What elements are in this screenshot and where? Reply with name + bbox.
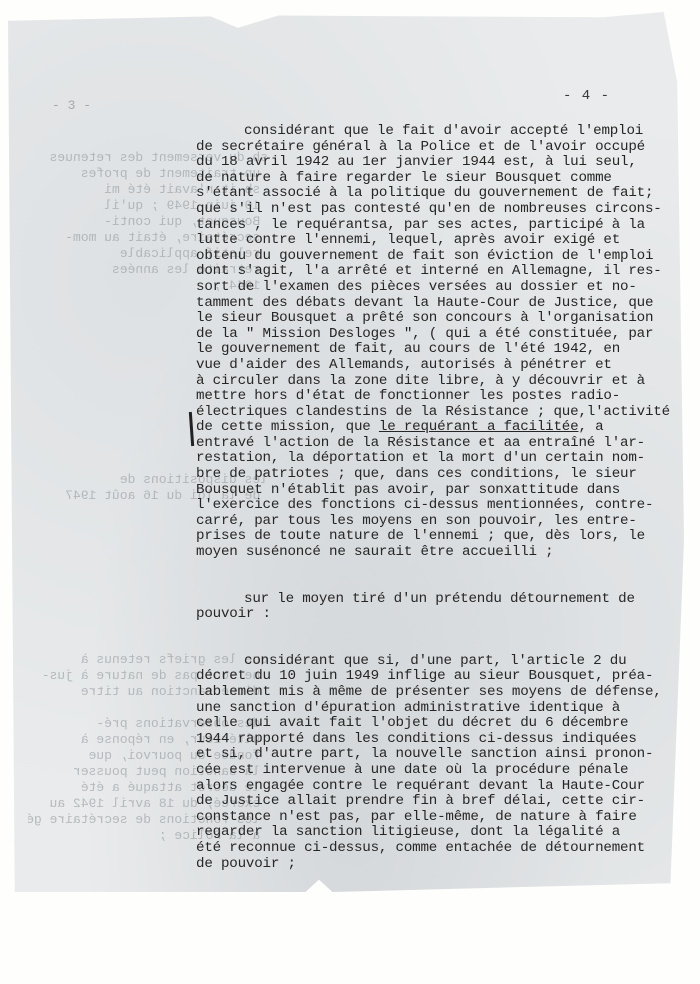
text-line: le gouvernement de fait, au cours de l'é… — [196, 342, 696, 358]
text-line: que s'il n'est pas contesté qu'en de nom… — [196, 202, 696, 218]
text-line: été reconnue ci-dessus, comme entachée d… — [196, 841, 696, 857]
text-line: pouvoir : — [196, 607, 696, 623]
text-line: de Justice allait prendre fin à bref dél… — [196, 794, 696, 810]
text-line: l'exercice des fonctions ci-dessus menti… — [196, 498, 696, 514]
underlined-phrase: le requérant a facilitée — [379, 419, 579, 435]
text-line: cée est intervenue à une date où la proc… — [196, 763, 696, 779]
text-line: considérant que si, d'une part, l'articl… — [196, 654, 696, 670]
text-line: du 18 avril 1942 au 1er janvier 1944 est… — [196, 155, 696, 171]
page-number: - 4 - — [563, 88, 610, 104]
text-line: 1944 rapporté dans les conditions ci-des… — [196, 732, 696, 748]
text-line: de secrétaire général à la Police et de … — [196, 140, 696, 156]
text-line: une sanction d'épuration administrative … — [196, 701, 696, 717]
text-line: restation, la déportation et la mort d'u… — [196, 451, 696, 467]
text-line: de la " Mission Desloges ", ( qui a été … — [196, 327, 696, 343]
text-line: électriques clandestins de la Résistance… — [196, 405, 696, 421]
text-line: alors engagée contre le requérant devant… — [196, 779, 696, 795]
text-line: dont s'agit, l'a arrêté et interné en Al… — [196, 264, 696, 280]
text-line: vue d'aider des Allemands, autorisés à p… — [196, 358, 696, 374]
text-line: regarder la sanction litigieuse, dont la… — [196, 825, 696, 841]
text-line: à circuler dans la zone dite libre, à y … — [196, 374, 696, 390]
paragraph-considerant-1: considérant que le fait d'avoir accepté … — [196, 124, 696, 561]
text-line: constance n'est pas, par elle-même, de n… — [196, 810, 696, 826]
text-line: tamment des débats devant la Haute-Cour … — [196, 296, 696, 312]
text-line: carré, par tous les moyens en son pouvoi… — [196, 514, 696, 530]
text-line: entravé l'action de la Résistance et aa … — [196, 436, 696, 452]
text-line: lablement mis à même de présenter ses mo… — [196, 685, 696, 701]
paragraph-considerant-2: considérant que si, d'une part, l'articl… — [196, 654, 696, 872]
text-line: de nature à faire regarder le sieur Bous… — [196, 171, 696, 187]
paragraph-sur-le-moyen: sur le moyen tiré d'un prétendu détourne… — [196, 592, 696, 623]
text-line: sur le moyen tiré d'un prétendu détourne… — [196, 592, 696, 608]
paragraph-gap — [196, 623, 696, 654]
text-line: s'étant associé à la politique du gouver… — [196, 186, 696, 202]
faint-page-number: - 3 - — [52, 98, 91, 113]
paragraph-gap — [196, 561, 696, 592]
text-line: lutte contre l'ennemi, lequel, après avo… — [196, 233, 696, 249]
text-line: considérant que le fait d'avoir accepté … — [196, 124, 696, 140]
text-line: de pouvoir ; — [196, 857, 696, 873]
text-line: obtenu du gouvernement de fait son évict… — [196, 249, 696, 265]
text-line: prises de toute nature de l'ennemi ; que… — [196, 529, 696, 545]
text-line: sort de l'examen des pièces versées au d… — [196, 280, 696, 296]
text-line: mettre hors d'état de fonctionner les po… — [196, 389, 696, 405]
text-line: de cette mission, que le requérant a fac… — [196, 420, 696, 436]
text-line: moyen susénoncé ne saurait être accueill… — [196, 545, 696, 561]
scanned-page: sb du versement des retenues un traiteme… — [0, 0, 700, 984]
text-line: le sieur Bousquet a prêté son concours à… — [196, 311, 696, 327]
text-line: Bousquet n'établit pas avoir, par sonxat… — [196, 483, 696, 499]
text-line: décret du 10 juin 1949 inflige au sieur … — [196, 669, 696, 685]
text-line: et si, d'autre part, la nouvelle sanctio… — [196, 747, 696, 763]
text-line: celle qui avait fait l'objet du décret d… — [196, 716, 696, 732]
document-body: considérant que le fait d'avoir accepté … — [196, 124, 696, 872]
text-line: tances , le requérantsa, par ses actes, … — [196, 218, 696, 234]
text-line: bre de patriotes ; que, dans ces conditi… — [196, 467, 696, 483]
